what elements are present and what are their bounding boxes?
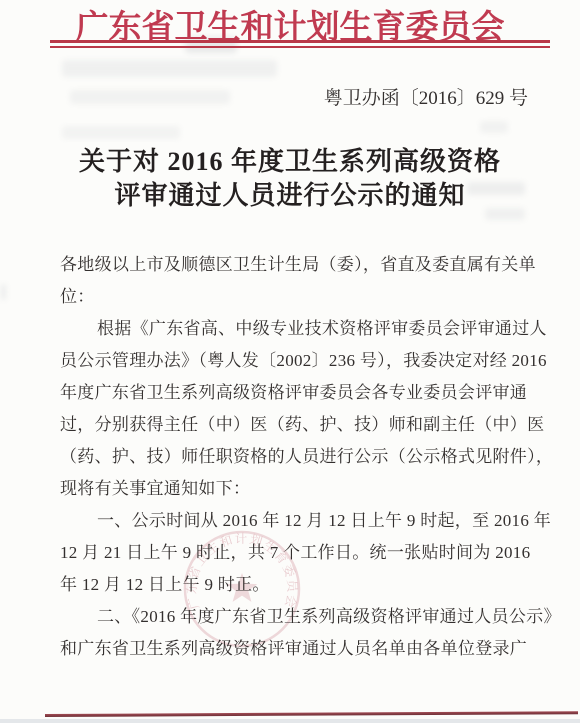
body-line: 和广东省卫生系列高级资格评审通过人员名单由各单位登录广 (60, 633, 538, 665)
body-line: 根据《广东省高、中级专业技术资格评审委员会评审通过人 (60, 313, 538, 345)
document-title-line1: 关于对 2016 年度卫生系列高级资格 (0, 145, 580, 179)
body-line: 一、公示时间从 2016 年 12 月 12 日上午 9 时起，至 2016 年 (60, 505, 538, 537)
scanned-document-page: 广东省卫生和计划生育委员会 粤卫办函〔2016〕629 号 关于对 2016 年… (0, 0, 580, 723)
body-line: 过，分别获得主任（中）医（药、护、技）师和副主任（中）医 (60, 409, 538, 441)
body-line: 二、《2016 年度广东省卫生系列高级资格评审通过人员公示》 (60, 601, 538, 633)
body-line: 员公示管理办法》（粤人发〔2002〕236 号），我委决定对经 2016 (60, 345, 538, 377)
document-number: 粤卫办函〔2016〕629 号 (324, 83, 528, 110)
body-line: 位： (60, 281, 538, 313)
scan-artifact (62, 126, 180, 139)
scan-artifact (480, 121, 508, 133)
body-line: 年度广东省卫生系列高级资格评审委员会各专业委员会评审通 (60, 377, 538, 409)
body-text: 各地级以上市及顺德区卫生计生局（委），省直及委直属有关单位：根据《广东省高、中级… (60, 249, 538, 665)
scanner-edge-band (0, 719, 580, 723)
document-title: 关于对 2016 年度卫生系列高级资格 评审通过人员进行公示的通知 (0, 145, 580, 213)
body-line: （药、护、技）师任职资格的人员进行公示（公示格式见附件）， (60, 441, 538, 473)
body-line: 各地级以上市及顺德区卫生计生局（委），省直及委直属有关单 (60, 249, 538, 281)
page-bottom-edge-line (45, 711, 578, 717)
header-divider-rule (50, 40, 550, 48)
scan-artifact (1, 284, 6, 300)
body-line: 现将有关事宜通知如下： (60, 473, 538, 505)
body-line: 年 12 月 12 日上午 9 时正。 (60, 569, 538, 601)
scan-artifact (62, 60, 277, 77)
document-title-line2: 评审通过人员进行公示的通知 (0, 179, 580, 213)
body-line: 12 月 21 日上午 9 时止，共 7 个工作日。统一张贴时间为 2016 (60, 537, 538, 569)
scan-artifact (70, 90, 230, 104)
